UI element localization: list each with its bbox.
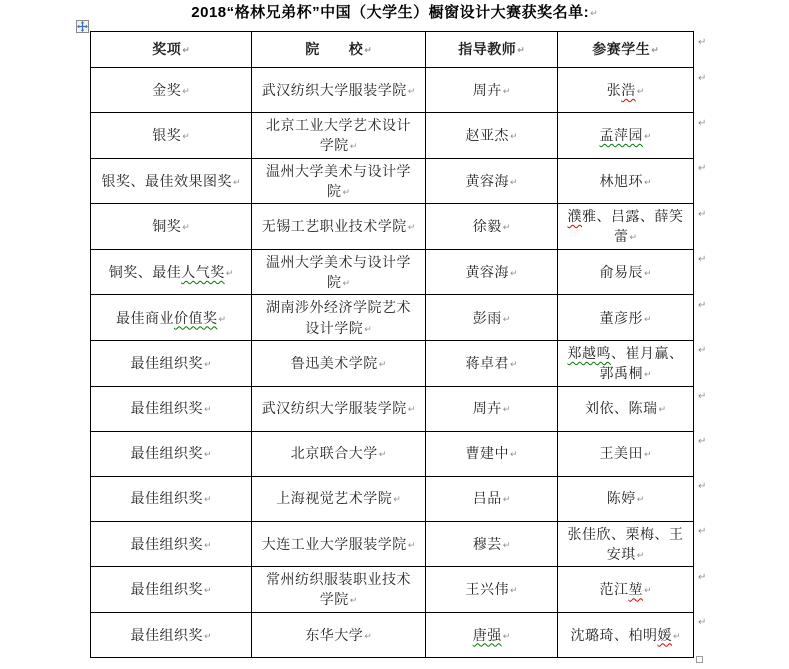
table-row: 最佳商业价值奖↵湖南涉外经济学院艺术设计学院↵彭雨↵董彦彤↵ — [91, 295, 694, 341]
table-row: 最佳组织奖↵大连工业大学服装学院↵穆芸↵张佳欣、栗梅、王安琪↵ — [91, 521, 694, 567]
end-of-cell-mark: ↵ — [182, 44, 190, 57]
students-cell[interactable]: 俞易辰↵ — [558, 249, 694, 295]
award-text: 金奖 — [152, 82, 181, 98]
header-row: 奖项↵院 校↵指导教师↵参赛学生↵ — [91, 32, 694, 68]
teacher-text: 穆芸 — [473, 536, 502, 552]
teacher-cell[interactable]: 黄容海↵ — [426, 158, 558, 204]
document-page: 2018“格林兄弟杯”中国（大学生）橱窗设计大赛获奖名单:↵ 奖项↵院 校↵指导… — [0, 0, 789, 669]
end-of-cell-mark: ↵ — [644, 313, 652, 326]
header-label: 参赛学生 — [592, 41, 650, 57]
school-cell[interactable]: 大连工业大学服装学院↵ — [252, 521, 426, 567]
teacher-text: 黄容海 — [465, 264, 509, 280]
school-text: 北京工业大学艺术设计学院 — [266, 117, 411, 153]
students-cell[interactable]: 濮雅、吕露、薛笑蕾↵ — [558, 204, 694, 250]
end-of-cell-mark: ↵ — [408, 403, 416, 416]
students-text: 、崔月赢、郭禹桐 — [599, 345, 683, 381]
table-row: 银奖、最佳效果图奖↵温州大学美术与设计学院↵黄容海↵林旭环↵ — [91, 158, 694, 204]
teacher-cell[interactable]: 赵亚杰↵ — [426, 113, 558, 159]
teacher-cell[interactable]: 徐毅↵ — [426, 204, 558, 250]
award-text: 最佳组织奖 — [130, 627, 203, 643]
school-text: 大连工业大学服装学院 — [262, 536, 407, 552]
end-of-cell-mark: ↵ — [204, 493, 212, 506]
award-text: 铜奖、最佳 — [109, 264, 182, 280]
teacher-cell[interactable]: 唐强↵ — [426, 612, 558, 657]
teacher-cell[interactable]: 穆芸↵ — [426, 521, 558, 567]
end-of-cell-mark: ↵ — [637, 493, 645, 506]
school-text: 无锡工艺职业技术学院 — [262, 218, 407, 234]
award-text: 最佳组织奖 — [130, 536, 203, 552]
award-cell[interactable]: 最佳组织奖↵ — [91, 340, 252, 386]
header-label: 院 校 — [305, 41, 363, 57]
school-text: 武汉纺织大学服装学院 — [262, 400, 407, 416]
students-text: 张佳欣、栗梅、王安琪 — [568, 526, 684, 562]
end-of-cell-mark: ↵ — [510, 584, 518, 597]
award-cell[interactable]: 金奖↵ — [91, 68, 252, 113]
end-of-cell-mark: ↵ — [350, 140, 358, 153]
end-of-cell-mark: ↵ — [204, 403, 212, 416]
end-of-cell-mark: ↵ — [629, 231, 637, 244]
award-text: 最佳组织奖 — [130, 581, 203, 597]
students-cell[interactable]: 王美田↵ — [558, 431, 694, 476]
students-text: 范江 — [599, 581, 628, 597]
end-of-cell-mark: ↵ — [408, 539, 416, 552]
school-cell[interactable]: 湖南涉外经济学院艺术设计学院↵ — [252, 295, 426, 341]
teacher-text: 曹建中 — [465, 445, 509, 461]
teacher-cell[interactable]: 黄容海↵ — [426, 249, 558, 295]
award-cell[interactable]: 银奖、最佳效果图奖↵ — [91, 158, 252, 204]
students-text: 堃 — [628, 581, 643, 597]
students-text: 刘依、陈瑞 — [585, 400, 658, 416]
end-of-cell-mark: ↵ — [503, 85, 511, 98]
end-of-cell-mark: ↵ — [182, 85, 190, 98]
end-of-row-mark: ↵ — [698, 254, 706, 265]
table-move-handle[interactable] — [76, 20, 89, 33]
students-text: 濮 — [568, 208, 583, 224]
students-cell[interactable]: 董彦彤↵ — [558, 295, 694, 341]
header-label: 指导教师 — [458, 41, 516, 57]
award-cell[interactable]: 最佳组织奖↵ — [91, 476, 252, 521]
end-of-cell-mark: ↵ — [218, 313, 226, 326]
title-text: 2018“格林兄弟杯”中国（大学生）橱窗设计大赛获奖名单: — [191, 4, 589, 21]
header-cell-teacher[interactable]: 指导教师↵ — [426, 32, 558, 68]
end-of-cell-mark: ↵ — [182, 130, 190, 143]
table-row: 铜奖、最佳人气奖↵温州大学美术与设计学院↵黄容海↵俞易辰↵ — [91, 249, 694, 295]
award-cell[interactable]: 最佳组织奖↵ — [91, 521, 252, 567]
end-of-row-mark: ↵ — [698, 118, 706, 129]
table-row: 最佳组织奖↵北京联合大学↵曹建中↵王美田↵ — [91, 431, 694, 476]
awards-table: 奖项↵院 校↵指导教师↵参赛学生↵ 金奖↵武汉纺织大学服装学院↵周卉↵张浩↵银奖… — [90, 31, 694, 658]
award-cell[interactable]: 铜奖↵ — [91, 204, 252, 250]
teacher-cell[interactable]: 曹建中↵ — [426, 431, 558, 476]
school-text: 湖南涉外经济学院艺术设计学院 — [266, 299, 411, 335]
end-of-cell-mark: ↵ — [644, 584, 652, 597]
end-of-row-mark: ↵ — [698, 436, 706, 447]
school-text: 北京联合大学 — [291, 445, 378, 461]
award-text: 最佳组织奖 — [130, 445, 203, 461]
students-cell[interactable]: 刘依、陈瑞↵ — [558, 386, 694, 431]
award-text: 人气奖 — [181, 264, 225, 280]
students-text: 沈璐琦、柏明 — [570, 627, 657, 643]
school-cell[interactable]: 鲁迅美术学院↵ — [252, 340, 426, 386]
school-cell[interactable]: 武汉纺织大学服装学院↵ — [252, 386, 426, 431]
students-cell[interactable]: 张佳欣、栗梅、王安琪↵ — [558, 521, 694, 567]
teacher-text: 蒋卓君 — [465, 355, 509, 371]
move-arrows-icon — [77, 21, 88, 32]
award-cell[interactable]: 最佳商业价值奖↵ — [91, 295, 252, 341]
end-of-row-mark: ↵ — [698, 526, 706, 537]
school-cell[interactable]: 东华大学↵ — [252, 612, 426, 657]
end-of-cell-mark: ↵ — [651, 44, 659, 57]
end-of-cell-mark: ↵ — [510, 130, 518, 143]
end-of-row-mark: ↵ — [698, 37, 706, 48]
table-row: 铜奖↵无锡工艺职业技术学院↵徐毅↵濮雅、吕露、薛笑蕾↵ — [91, 204, 694, 250]
school-cell[interactable]: 常州纺织服装职业技术学院↵ — [252, 567, 426, 613]
school-text: 鲁迅美术学院 — [291, 355, 378, 371]
end-of-cell-mark: ↵ — [204, 358, 212, 371]
end-of-cell-mark: ↵ — [637, 85, 645, 98]
end-of-row-mark: ↵ — [698, 391, 706, 402]
table-row: 金奖↵武汉纺织大学服装学院↵周卉↵张浩↵ — [91, 68, 694, 113]
end-of-row-mark: ↵ — [698, 300, 706, 311]
header-cell-award[interactable]: 奖项↵ — [91, 32, 252, 68]
award-text: 最佳组织奖 — [130, 490, 203, 506]
students-cell[interactable]: 孟萍园↵ — [558, 113, 694, 159]
award-cell[interactable]: 银奖↵ — [91, 113, 252, 159]
end-of-cell-mark: ↵ — [673, 630, 681, 643]
school-text: 上海视觉艺术学院 — [276, 490, 392, 506]
end-of-cell-mark: ↵ — [364, 44, 372, 57]
school-text: 武汉纺织大学服装学院 — [262, 82, 407, 98]
end-of-cell-mark: ↵ — [503, 539, 511, 552]
school-cell[interactable]: 无锡工艺职业技术学院↵ — [252, 204, 426, 250]
students-text: 陈婷 — [607, 490, 636, 506]
end-of-cell-mark: ↵ — [517, 44, 525, 57]
end-of-cell-mark: ↵ — [510, 267, 518, 280]
teacher-text: 彭雨 — [473, 310, 502, 326]
school-cell[interactable]: 温州大学美术与设计学院↵ — [252, 158, 426, 204]
teacher-cell[interactable]: 王兴伟↵ — [426, 567, 558, 613]
teacher-text: 唐强 — [473, 627, 502, 643]
teacher-text: 周卉 — [473, 400, 502, 416]
end-of-cell-mark: ↵ — [182, 221, 190, 234]
end-of-cell-mark: ↵ — [510, 358, 518, 371]
teacher-cell[interactable]: 周卉↵ — [426, 386, 558, 431]
award-text: 最佳组织奖 — [130, 400, 203, 416]
end-of-cell-mark: ↵ — [510, 448, 518, 461]
end-of-cell-mark: ↵ — [644, 267, 652, 280]
school-text: 温州大学美术与设计学院 — [266, 254, 411, 290]
award-cell[interactable]: 最佳组织奖↵ — [91, 431, 252, 476]
award-text: 银奖、最佳效果图奖 — [101, 173, 232, 189]
students-text: 俞易辰 — [599, 264, 643, 280]
end-of-cell-mark: ↵ — [503, 221, 511, 234]
end-of-cell-mark: ↵ — [350, 594, 358, 607]
award-cell[interactable]: 最佳组织奖↵ — [91, 567, 252, 613]
award-text: 最佳商业 — [116, 310, 174, 326]
table-row: 最佳组织奖↵上海视觉艺术学院↵吕品↵陈婷↵ — [91, 476, 694, 521]
end-of-cell-mark: ↵ — [408, 85, 416, 98]
teacher-text: 赵亚杰 — [465, 127, 509, 143]
school-text: 温州大学美术与设计学院 — [266, 163, 411, 199]
end-of-cell-mark: ↵ — [503, 493, 511, 506]
award-cell[interactable]: 最佳组织奖↵ — [91, 612, 252, 657]
teacher-cell[interactable]: 周卉↵ — [426, 68, 558, 113]
end-of-cell-mark: ↵ — [644, 130, 652, 143]
school-cell[interactable]: 上海视觉艺术学院↵ — [252, 476, 426, 521]
end-of-cell-mark: ↵ — [644, 176, 652, 189]
end-of-cell-mark: ↵ — [510, 176, 518, 189]
students-text: 郑越鸣 — [568, 345, 612, 361]
header-label: 奖项 — [152, 41, 181, 57]
end-of-cell-mark: ↵ — [393, 493, 401, 506]
teacher-cell[interactable]: 蒋卓君↵ — [426, 340, 558, 386]
school-cell[interactable]: 北京工业大学艺术设计学院↵ — [252, 113, 426, 159]
students-cell[interactable]: 郑越鸣、崔月赢、郭禹桐↵ — [558, 340, 694, 386]
award-text: 最佳组织奖 — [130, 355, 203, 371]
end-of-cell-mark: ↵ — [204, 539, 212, 552]
header-cell-school[interactable]: 院 校↵ — [252, 32, 426, 68]
end-of-cell-mark: ↵ — [204, 448, 212, 461]
students-cell[interactable]: 林旭环↵ — [558, 158, 694, 204]
table-row: 最佳组织奖↵鲁迅美术学院↵蒋卓君↵郑越鸣、崔月赢、郭禹桐↵ — [91, 340, 694, 386]
document-title: 2018“格林兄弟杯”中国（大学生）橱窗设计大赛获奖名单:↵ — [0, 1, 789, 22]
end-of-cell-mark: ↵ — [379, 358, 387, 371]
end-of-cell-mark: ↵ — [644, 368, 652, 381]
table-row: 最佳组织奖↵武汉纺织大学服装学院↵周卉↵刘依、陈瑞↵ — [91, 386, 694, 431]
header-cell-students[interactable]: 参赛学生↵ — [558, 32, 694, 68]
school-cell[interactable]: 北京联合大学↵ — [252, 431, 426, 476]
students-cell[interactable]: 陈婷↵ — [558, 476, 694, 521]
teacher-text: 徐毅 — [473, 218, 502, 234]
end-of-cell-mark: ↵ — [204, 584, 212, 597]
students-cell[interactable]: 张浩↵ — [558, 68, 694, 113]
students-text: 王美田 — [599, 445, 643, 461]
end-of-row-mark: ↵ — [698, 163, 706, 174]
end-of-row-mark: ↵ — [698, 572, 706, 583]
students-text: 张 — [607, 82, 622, 98]
end-of-cell-mark: ↵ — [379, 448, 387, 461]
end-of-cell-mark: ↵ — [658, 403, 666, 416]
students-text: 媛 — [657, 627, 672, 643]
end-of-cell-mark: ↵ — [408, 221, 416, 234]
award-cell[interactable]: 铜奖、最佳人气奖↵ — [91, 249, 252, 295]
end-of-cell-mark: ↵ — [637, 549, 645, 562]
award-text: 银奖 — [152, 127, 181, 143]
end-of-cell-mark: ↵ — [342, 186, 350, 199]
students-text: 林旭环 — [599, 173, 643, 189]
students-cell[interactable]: 范江堃↵ — [558, 567, 694, 613]
end-of-cell-mark: ↵ — [503, 630, 511, 643]
teacher-cell[interactable]: 彭雨↵ — [426, 295, 558, 341]
paragraph-mark: ↵ — [590, 8, 598, 19]
end-of-cell-mark: ↵ — [644, 448, 652, 461]
end-of-row-mark: ↵ — [698, 617, 706, 628]
table-row: 最佳组织奖↵常州纺织服装职业技术学院↵王兴伟↵范江堃↵ — [91, 567, 694, 613]
end-of-cell-mark: ↵ — [233, 176, 241, 189]
table-row: 银奖↵北京工业大学艺术设计学院↵赵亚杰↵孟萍园↵ — [91, 113, 694, 159]
award-text: 铜奖 — [152, 218, 181, 234]
teacher-text: 王兴伟 — [465, 581, 509, 597]
end-of-cell-mark: ↵ — [503, 403, 511, 416]
end-of-cell-mark: ↵ — [204, 630, 212, 643]
end-of-cell-mark: ↵ — [503, 313, 511, 326]
end-of-row-mark: ↵ — [698, 209, 706, 220]
end-of-cell-mark: ↵ — [342, 277, 350, 290]
school-text: 东华大学 — [305, 627, 363, 643]
end-of-row-mark: ↵ — [698, 481, 706, 492]
award-text: 价值奖 — [174, 310, 218, 326]
end-of-row-mark: ↵ — [698, 345, 706, 356]
students-cell[interactable]: 沈璐琦、柏明媛↵ — [558, 612, 694, 657]
teacher-text: 黄容海 — [465, 173, 509, 189]
award-cell[interactable]: 最佳组织奖↵ — [91, 386, 252, 431]
end-of-cell-mark: ↵ — [226, 267, 234, 280]
school-cell[interactable]: 温州大学美术与设计学院↵ — [252, 249, 426, 295]
teacher-cell[interactable]: 吕品↵ — [426, 476, 558, 521]
teacher-text: 周卉 — [473, 82, 502, 98]
end-of-cell-mark: ↵ — [364, 630, 372, 643]
students-text: 董彦彤 — [599, 310, 643, 326]
table-resize-handle[interactable] — [696, 656, 703, 663]
end-of-cell-mark: ↵ — [364, 323, 372, 336]
school-cell[interactable]: 武汉纺织大学服装学院↵ — [252, 68, 426, 113]
school-text: 常州纺织服装职业技术学院 — [266, 571, 411, 607]
students-text: 浩 — [621, 82, 636, 98]
end-of-row-mark: ↵ — [698, 73, 706, 84]
students-text: 孟萍园 — [599, 127, 643, 143]
teacher-text: 吕品 — [473, 490, 502, 506]
table-row: 最佳组织奖↵东华大学↵唐强↵沈璐琦、柏明媛↵ — [91, 612, 694, 657]
table-header: 奖项↵院 校↵指导教师↵参赛学生↵ — [91, 32, 694, 68]
